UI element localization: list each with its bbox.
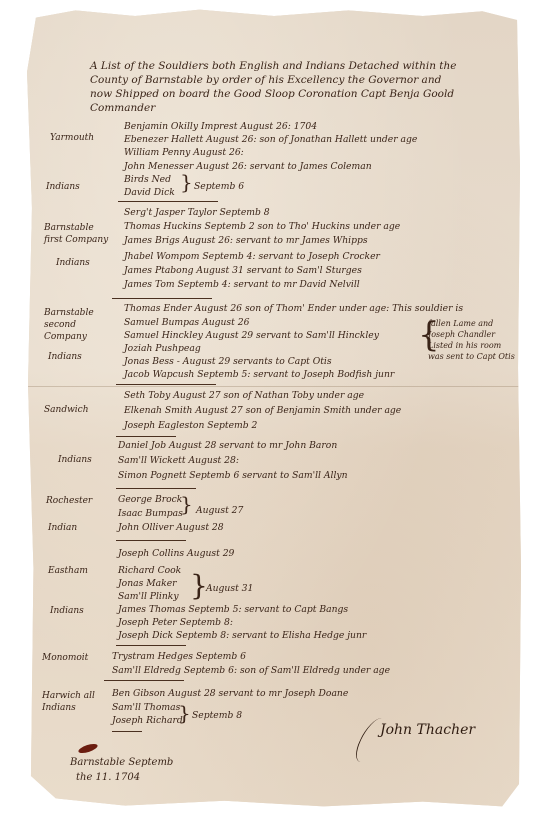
soldier-entry: Birds Ned (124, 174, 171, 186)
soldier-entry: Samuel Bumpas August 26 (124, 317, 249, 329)
soldier-entry: Richard Cook (118, 565, 181, 577)
brace-icon: } (180, 172, 193, 192)
soldier-entry: Simon Pognett Septemb 6 servant to Sam'l… (118, 470, 348, 482)
soldier-entry: Elkenah Smith August 27 son of Benjamin … (124, 405, 401, 417)
soldier-entry: Sam'll Thomas (112, 702, 180, 714)
margin-note-line: Listed in his room (428, 340, 501, 351)
soldier-entry: Jonas Maker (118, 578, 177, 590)
soldier-entry: Joseph Collins August 29 (118, 548, 234, 560)
town-label-indian: Indian (48, 523, 77, 534)
section-divider (118, 201, 218, 202)
section-divider (104, 680, 184, 681)
brace-date: Septemb 8 (192, 710, 242, 722)
brace-date: August 27 (196, 505, 243, 517)
town-label-barnstable-second-company: Barnstable second Company (44, 307, 118, 343)
soldier-entry: Sam'll Eldredg Septemb 6: son of Sam'll … (112, 665, 390, 677)
title-line: now Shipped on board the Good Sloop Coro… (90, 87, 490, 115)
soldier-entry: John Menesser August 26: servant to Jame… (124, 161, 372, 173)
soldier-entry: James Ptabong August 31 servant to Sam'l… (124, 265, 362, 277)
brace-icon: } (178, 703, 191, 723)
soldier-entry: Joseph Eagleston Septemb 2 (124, 420, 257, 432)
town-label-barnstable-first-company: Barnstable first Company (44, 222, 114, 246)
soldier-entry: David Dick (124, 187, 175, 199)
signature: John Thacher (380, 722, 475, 738)
soldier-entry: Thomas Ender August 26 son of Thom' Ende… (124, 303, 463, 315)
section-divider (116, 540, 186, 541)
title-line: County of Barnstable by order of his Exc… (90, 73, 490, 87)
town-label-indians: Indians (48, 352, 82, 363)
soldier-entry: Jhabel Wompom Septemb 4: servant to Jose… (124, 251, 380, 263)
town-label-indians: Indians (56, 258, 90, 269)
section-divider (112, 298, 212, 299)
town-label-rochester: Rochester (46, 496, 92, 507)
dateline-place: Barnstable Septemb (70, 757, 173, 769)
soldier-entry: Joziah Pushpeag (124, 343, 201, 355)
soldier-entry: Jonas Bess - August 29 servants to Capt … (124, 356, 332, 368)
section-divider (116, 384, 216, 385)
soldier-entry: Joseph Richard (112, 715, 183, 727)
town-label-sandwich: Sandwich (44, 405, 89, 416)
soldier-entry: Trystram Hedges Septemb 6 (112, 651, 246, 663)
title-line: A List of the Souldiers both English and… (90, 59, 490, 73)
soldier-entry: James Brigs August 26: servant to mr Jam… (124, 235, 368, 247)
soldier-entry: John Olliver August 28 (118, 522, 224, 534)
soldier-entry: Samuel Hinckley August 29 servant to Sam… (124, 330, 379, 342)
soldier-entry: Benjamin Okilly Imprest August 26: 1704 (124, 121, 317, 133)
soldier-entry: James Thomas Septemb 5: servant to Capt … (118, 604, 348, 616)
margin-note-line: Joseph Chandler (428, 329, 495, 340)
document-title: A List of the Souldiers both English and… (90, 59, 490, 115)
soldier-entry: Isaac Bumpas (118, 508, 183, 520)
soldier-entry: Sam'll Wickett August 28: (118, 455, 239, 467)
soldier-entry: Ebenezer Hallett August 26: son of Jonat… (124, 134, 417, 146)
soldier-entry: Daniel Job August 28 servant to mr John … (118, 440, 337, 452)
paper-fold-line (26, 386, 522, 387)
soldier-entry: Thomas Huckins Septemb 2 son to Tho' Huc… (124, 221, 400, 233)
section-divider (116, 488, 196, 489)
town-label-indians: Indians (50, 606, 84, 617)
soldier-entry: Sam'll Plinky (118, 591, 179, 603)
soldier-entry: Serg't Jasper Taylor Septemb 8 (124, 207, 270, 219)
soldier-entry: Joseph Peter Septemb 8: (118, 617, 233, 629)
soldier-entry: Seth Toby August 27 son of Nathan Toby u… (124, 390, 364, 402)
section-divider (116, 436, 176, 437)
town-label-indians: Indians (46, 182, 80, 193)
soldier-entry: James Tom Septemb 4: servant to mr David… (124, 279, 360, 291)
dateline-date: the 11. 1704 (76, 772, 140, 784)
section-divider (112, 731, 142, 732)
soldier-entry: Ben Gibson August 28 servant to mr Josep… (112, 688, 348, 700)
soldier-entry: Jacob Wapcush Septemb 5: servant to Jose… (124, 369, 394, 381)
margin-note-line: fallen Lame and (428, 318, 493, 329)
soldier-entry: George Brock (118, 494, 182, 506)
soldier-entry: William Penny August 26: (124, 147, 244, 159)
town-label-monomoit: Monomoit (42, 653, 88, 664)
town-label-indians: Indians (58, 455, 92, 466)
soldier-entry: Joseph Dick Septemb 8: servant to Elisha… (118, 630, 366, 642)
town-label-yarmouth: Yarmouth (50, 133, 94, 144)
town-label-eastham: Eastham (48, 566, 88, 577)
brace-date: August 31 (206, 583, 253, 595)
margin-note-line: was sent to Capt Otis (428, 351, 515, 362)
brace-date: Septemb 6 (194, 181, 244, 193)
town-label-harwich: Harwich all Indians (42, 690, 108, 714)
brace-icon: } (180, 494, 193, 514)
section-divider (116, 645, 186, 646)
